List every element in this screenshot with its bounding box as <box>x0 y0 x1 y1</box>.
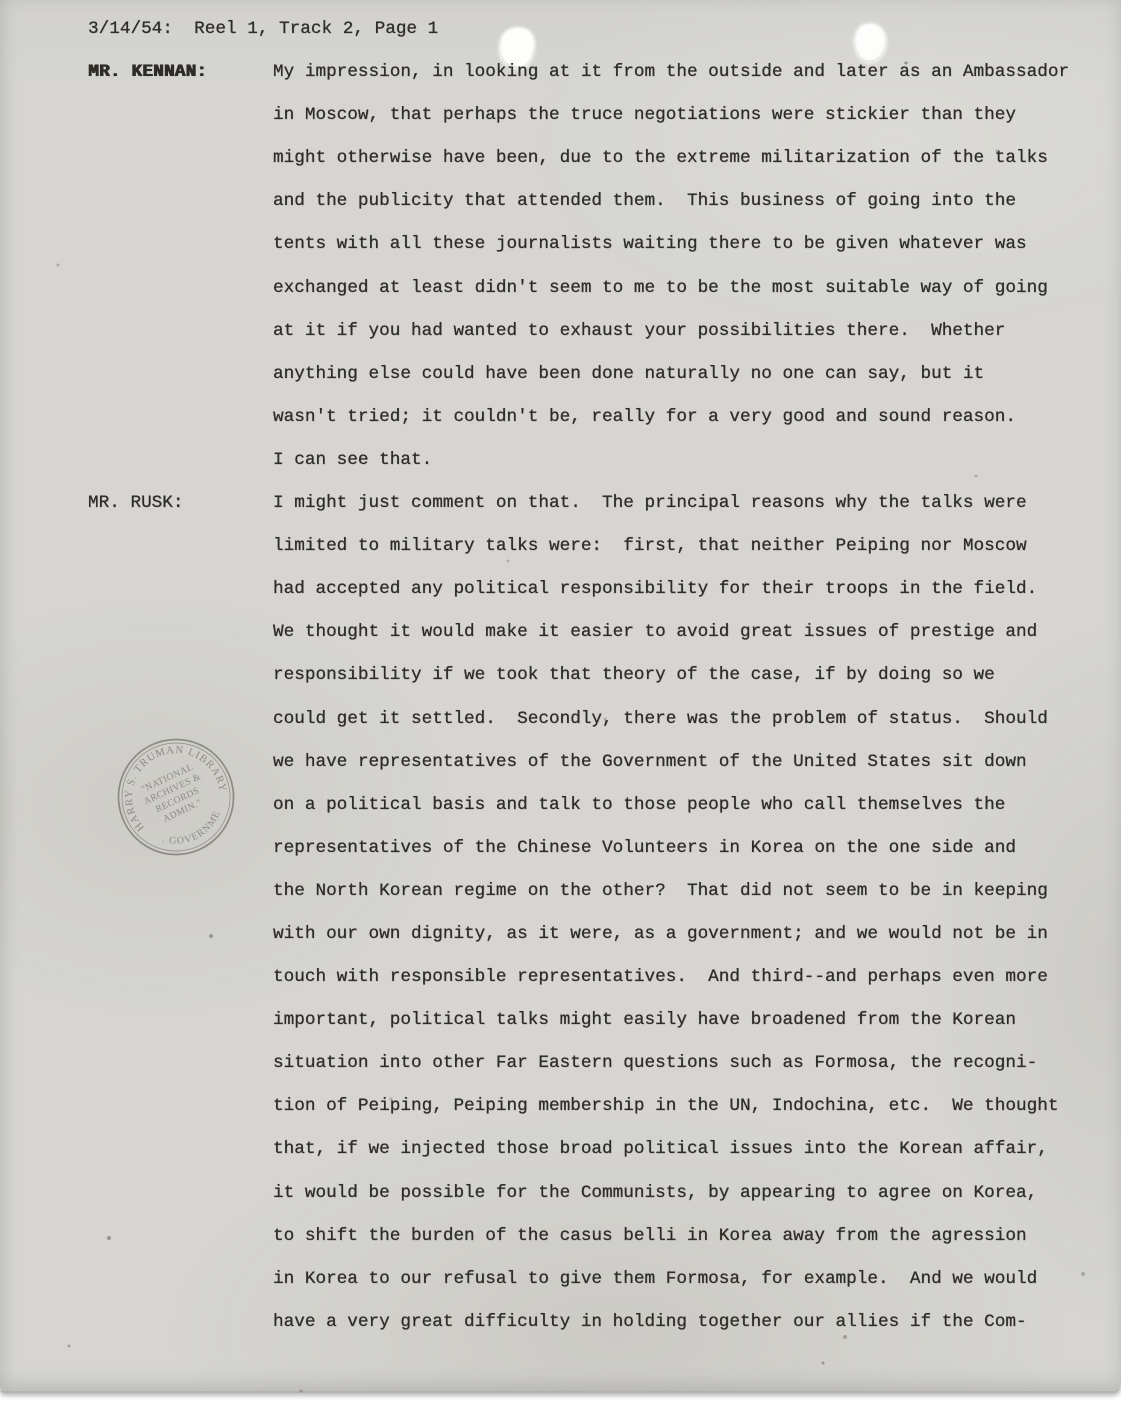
transcript-line: I might just comment on that. The princi… <box>273 482 1105 525</box>
transcript-line: situation into other Far Eastern questio… <box>273 1042 1105 1085</box>
transcript-line: anything else could have been done natur… <box>273 353 1105 396</box>
transcript: MR. KENNAN:My impression, in looking at … <box>88 51 1105 1344</box>
transcript-line: on a political basis and talk to those p… <box>273 784 1105 827</box>
transcript-line: it would be possible for the Communists,… <box>273 1172 1105 1215</box>
transcript-line: at it if you had wanted to exhaust your … <box>273 310 1105 353</box>
transcript-line: and the publicity that attended them. Th… <box>273 180 1105 223</box>
transcript-line: in Moscow, that perhaps the truce negoti… <box>273 94 1105 137</box>
scanned-document: 3/14/54: Reel 1, Track 2, Page 1 MR. KEN… <box>0 0 1121 1405</box>
document-page: 3/14/54: Reel 1, Track 2, Page 1 MR. KEN… <box>0 0 1121 1393</box>
transcript-line: touch with responsible representatives. … <box>273 956 1105 999</box>
transcript-line: wasn't tried; it couldn't be, really for… <box>273 396 1105 439</box>
transcript-line: in Korea to our refusal to give them For… <box>273 1258 1105 1301</box>
page-header: 3/14/54: Reel 1, Track 2, Page 1 <box>88 8 1105 51</box>
speaker-lines: My impression, in looking at it from the… <box>273 51 1105 482</box>
transcript-line: the North Korean regime on the other? Th… <box>273 870 1105 913</box>
transcript-line: I can see that. <box>273 439 1105 482</box>
transcript-line: that, if we injected those broad politic… <box>273 1128 1105 1171</box>
transcript-line: we have representatives of the Governmen… <box>273 741 1105 784</box>
speaker-label: MR. RUSK: <box>88 482 184 525</box>
typewritten-text: 3/14/54: Reel 1, Track 2, Page 1 MR. KEN… <box>88 8 1105 1344</box>
transcript-line: with our own dignity, as it were, as a g… <box>273 913 1105 956</box>
transcript-line: responsibility if we took that theory of… <box>273 654 1105 697</box>
transcript-line: had accepted any political responsibilit… <box>273 568 1105 611</box>
transcript-line: tents with all these journalists waiting… <box>273 223 1105 266</box>
speaker-label: MR. KENNAN: <box>88 51 207 94</box>
transcript-line: exchanged at least didn't seem to me to … <box>273 267 1105 310</box>
transcript-entry: MR. KENNAN:My impression, in looking at … <box>88 51 1105 482</box>
transcript-line: to shift the burden of the casus belli i… <box>273 1215 1105 1258</box>
speaker-lines: I might just comment on that. The princi… <box>273 482 1105 1344</box>
transcript-line: tion of Peiping, Peiping membership in t… <box>273 1085 1105 1128</box>
transcript-line: representatives of the Chinese Volunteer… <box>273 827 1105 870</box>
transcript-line: could get it settled. Secondly, there wa… <box>273 698 1105 741</box>
transcript-entry: MR. RUSK:I might just comment on that. T… <box>88 482 1105 1344</box>
truman-library-stamp: HARRY S. TRUMAN LIBRARY U.S. GOVERNMENT … <box>112 733 240 861</box>
transcript-line: limited to military talks were: first, t… <box>273 525 1105 568</box>
transcript-line: My impression, in looking at it from the… <box>273 51 1105 94</box>
transcript-line: We thought it would make it easier to av… <box>273 611 1105 654</box>
transcript-line: have a very great difficulty in holding … <box>273 1301 1105 1344</box>
transcript-line: might otherwise have been, due to the ex… <box>273 137 1105 180</box>
paper-specks <box>0 0 2 2</box>
transcript-line: important, political talks might easily … <box>273 999 1105 1042</box>
